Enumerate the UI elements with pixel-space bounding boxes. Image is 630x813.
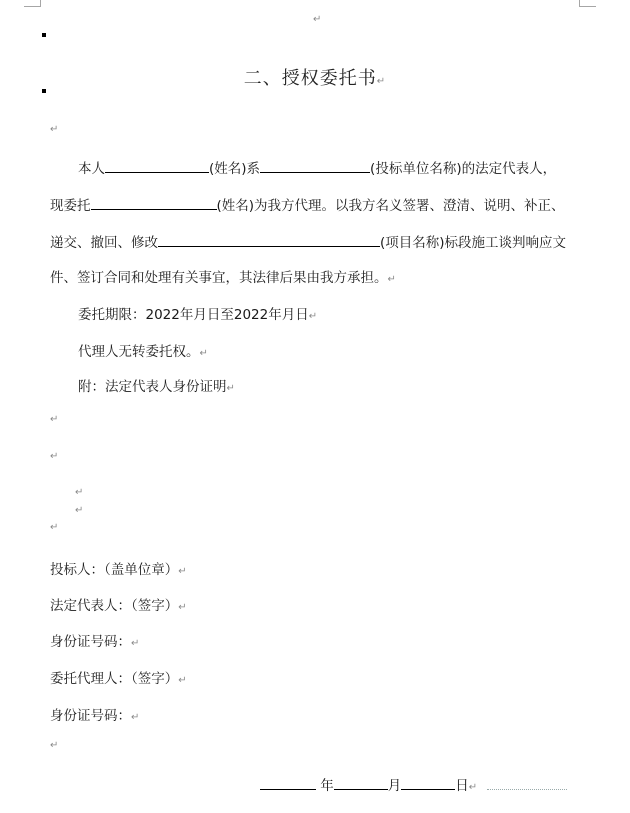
paragraph-mark: ↵ bbox=[178, 602, 186, 613]
paragraph-mark: ↵ bbox=[131, 712, 139, 723]
paragraph-mark: ↵ bbox=[309, 311, 317, 322]
body-line-3: 递交、撤回、修改(项目名称)标段施工谈判响应文 bbox=[50, 231, 566, 251]
paragraph-mark: ↵ bbox=[313, 14, 321, 25]
text: 委托代理人：（签字） bbox=[50, 671, 178, 687]
text: 投标人：（盖单位章） bbox=[50, 562, 178, 578]
paragraph-mark: ↵ bbox=[131, 638, 139, 649]
paragraph-mark: ↵ bbox=[75, 487, 83, 498]
month-label: 月 bbox=[388, 778, 402, 794]
year-label: 年 bbox=[320, 778, 334, 794]
text: 身份证号码： bbox=[50, 708, 131, 724]
paragraph-mark: ↵ bbox=[50, 124, 58, 135]
company-name-blank[interactable] bbox=[260, 160, 370, 173]
signature-agent: 委托代理人：（签字）↵ bbox=[50, 667, 187, 687]
date-line: 年月日↵ bbox=[260, 774, 567, 794]
paragraph-mark: ↵ bbox=[50, 740, 58, 751]
attachment-note: 附：法定代表人身份证明↵ bbox=[78, 375, 235, 395]
month-blank[interactable] bbox=[334, 777, 388, 790]
crop-mark-top-left bbox=[24, 0, 41, 7]
day-label: 日 bbox=[455, 778, 469, 794]
no-transfer-clause: 代理人无转委托权。↵ bbox=[78, 340, 208, 360]
text: 身份证号码： bbox=[50, 634, 131, 650]
body-line-2: 现委托(姓名)为我方代理。以我方名义签署、澄清、说明、补正、 bbox=[50, 194, 565, 214]
body-line-1: 本人(姓名)系(投标单位名称)的法定代表人， bbox=[78, 157, 556, 177]
signature-legal-representative: 法定代表人：（签字）↵ bbox=[50, 594, 187, 614]
list-bullet bbox=[42, 33, 46, 37]
text: 法定代表人：（签字） bbox=[50, 598, 178, 614]
paragraph-mark: ↵ bbox=[178, 675, 186, 686]
text: 附：法定代表人身份证明 bbox=[78, 379, 227, 395]
year-blank[interactable] bbox=[260, 777, 316, 790]
project-name-blank[interactable] bbox=[158, 234, 380, 247]
text: 委托期限：2022年月日至2022年月日 bbox=[78, 307, 309, 323]
name-blank[interactable] bbox=[105, 160, 209, 173]
text: (项目名称)标段施工谈判响应文 bbox=[380, 235, 566, 251]
crop-mark-top-right bbox=[579, 0, 596, 7]
text: (姓名)系 bbox=[209, 161, 260, 177]
title-text: 二、授权委托书 bbox=[244, 68, 377, 89]
page-title: 二、授权委托书↵ bbox=[0, 64, 630, 90]
paragraph-mark: ↵ bbox=[50, 414, 58, 425]
paragraph-mark: ↵ bbox=[178, 566, 186, 577]
paragraph-mark: ↵ bbox=[50, 451, 58, 462]
dotted-leader bbox=[487, 779, 567, 790]
paragraph-mark: ↵ bbox=[377, 76, 386, 87]
body-line-4: 件、签订合同和处理有关事宜，其法律后果由我方承担。↵ bbox=[50, 266, 396, 286]
id-number-legal-representative: 身份证号码：↵ bbox=[50, 630, 139, 650]
paragraph-mark: ↵ bbox=[227, 383, 235, 394]
paragraph-mark: ↵ bbox=[469, 782, 477, 793]
paragraph-mark: ↵ bbox=[200, 348, 208, 359]
id-number-agent: 身份证号码：↵ bbox=[50, 704, 139, 724]
paragraph-mark: ↵ bbox=[75, 505, 83, 516]
day-blank[interactable] bbox=[401, 777, 455, 790]
paragraph-mark: ↵ bbox=[50, 522, 58, 533]
text: 代理人无转委托权。 bbox=[78, 344, 200, 360]
text: 递交、撤回、修改 bbox=[50, 235, 158, 251]
entrust-term: 委托期限：2022年月日至2022年月日↵ bbox=[78, 303, 317, 323]
paragraph-mark: ↵ bbox=[388, 274, 396, 285]
agent-name-blank[interactable] bbox=[91, 197, 217, 210]
text: 现委托 bbox=[50, 198, 91, 214]
text: 本人 bbox=[78, 161, 105, 177]
text: (姓名)为我方代理。以我方名义签署、澄清、说明、补正、 bbox=[217, 198, 565, 214]
text: (投标单位名称)的法定代表人， bbox=[370, 161, 556, 177]
text: 件、签订合同和处理有关事宜，其法律后果由我方承担。 bbox=[50, 270, 388, 286]
signature-bidder: 投标人：（盖单位章）↵ bbox=[50, 558, 187, 578]
